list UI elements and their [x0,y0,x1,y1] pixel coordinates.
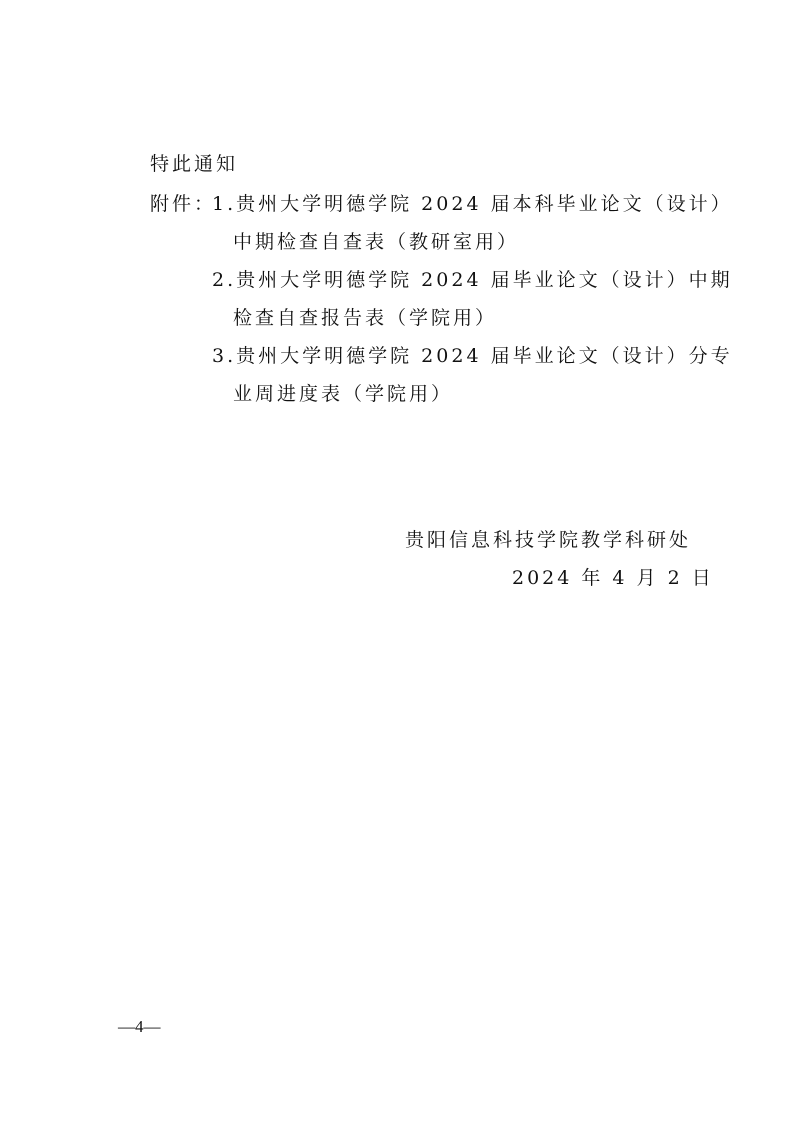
attachment-title: 贵州大学明德学院 2024 届本科毕业论文（设计） [236,193,732,215]
attachment-item-3-continuation: 业周进度表（学院用） [233,382,453,406]
attachment-number: 2. [212,269,236,291]
closing-text: 特此通知 [150,152,238,176]
attachment-item-2: 2.贵州大学明德学院 2024 届毕业论文（设计）中期 [212,268,733,292]
signature-organization: 贵阳信息科技学院教学科研处 [405,528,691,552]
attachment-item-2-continuation: 检查自查报告表（学院用） [233,306,497,330]
attachment-number: 1. [212,193,236,215]
attachments-label: 附件： [150,192,216,216]
document-page: 特此通知 附件： 1.贵州大学明德学院 2024 届本科毕业论文（设计） 中期检… [0,0,793,1122]
attachment-item-3: 3.贵州大学明德学院 2024 届毕业论文（设计）分专 [212,344,733,368]
attachment-title: 贵州大学明德学院 2024 届毕业论文（设计）中期 [236,269,732,291]
attachment-item-1-continuation: 中期检查自查表（教研室用） [233,230,519,254]
attachment-number: 3. [212,345,236,367]
attachment-title: 贵州大学明德学院 2024 届毕业论文（设计）分专 [236,345,732,367]
attachment-item-1: 1.贵州大学明德学院 2024 届本科毕业论文（设计） [212,192,733,216]
page-number: —4— [118,1017,161,1037]
signature-date: 2024 年 4 月 2 日 [512,566,714,590]
